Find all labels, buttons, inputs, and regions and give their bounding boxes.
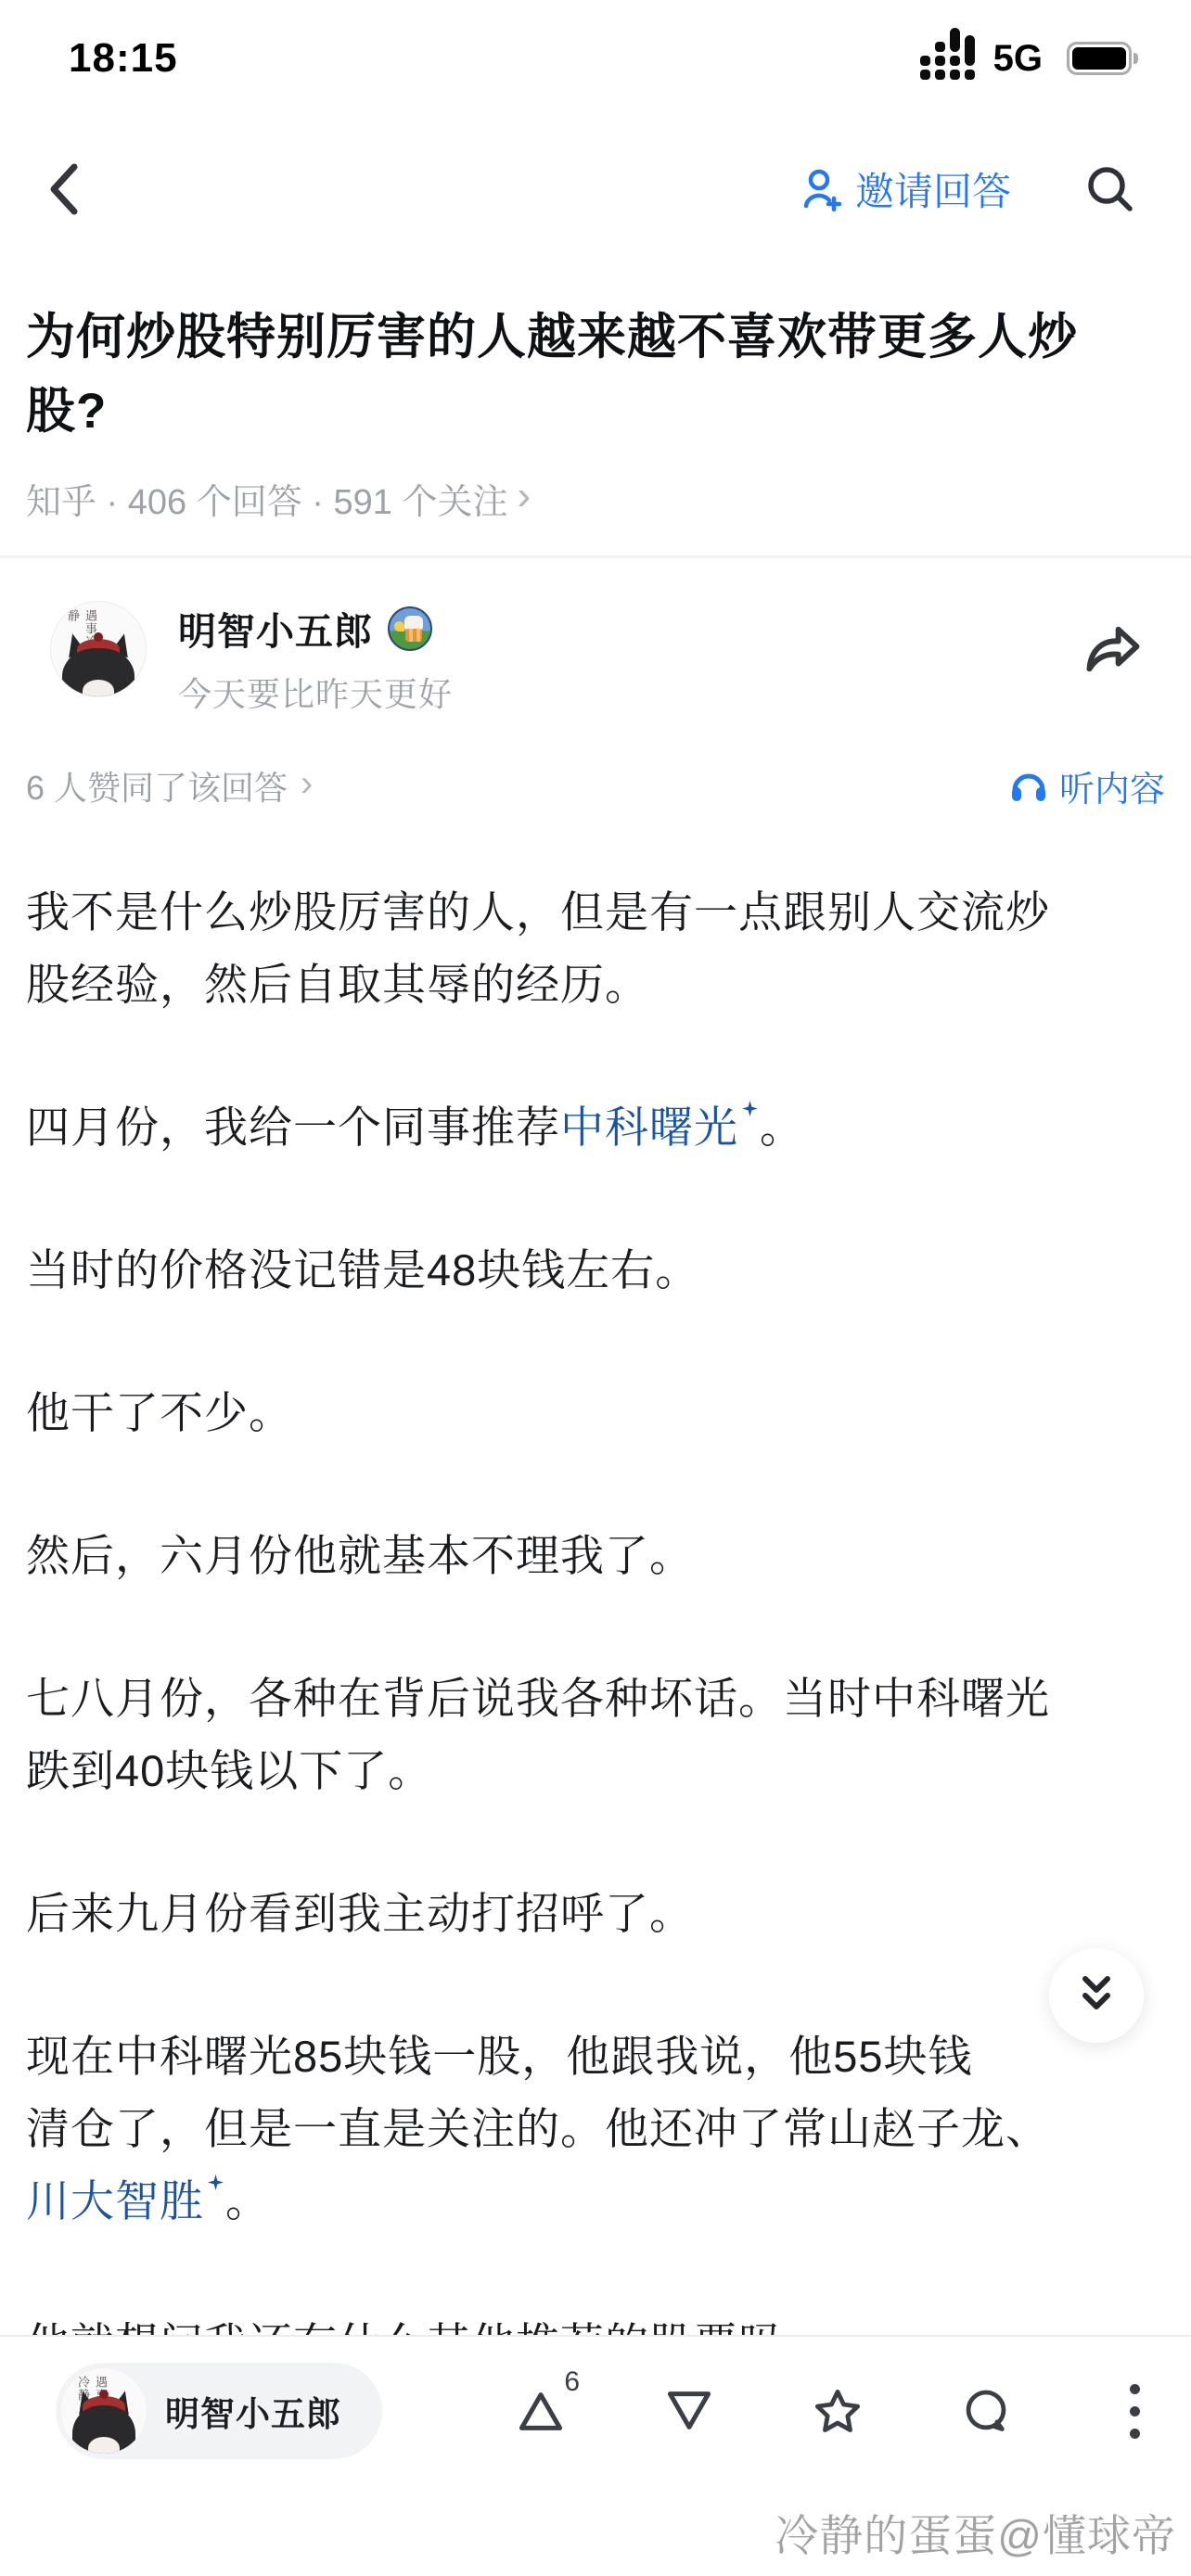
search-icon	[1083, 162, 1137, 216]
status-time: 18:15	[69, 35, 178, 82]
author-medal-icon	[388, 606, 432, 651]
collapse-answer-button[interactable]	[1049, 1948, 1144, 2043]
paragraph-text: 后来九月份看到我主动打招呼了。	[26, 1889, 694, 1938]
paragraph-text: 当时的价格没记错是48块钱左右。	[26, 1245, 699, 1294]
stock-link-sparkle-icon	[742, 1101, 758, 1116]
stock-link[interactable]: 川大智胜	[26, 2176, 204, 2225]
kebab-menu-icon	[1130, 2384, 1140, 2439]
watermark-text: 冷静的蛋蛋@懂球帝	[775, 2502, 1176, 2564]
chevron-right-icon: ›	[517, 476, 531, 516]
paragraph-text: 然后，六月份他就基本不理我了。	[26, 1531, 694, 1580]
answer-paragraph: 我不是什么炒股厉害的人，但是有一点跟别人交流炒 股经验，然后自取其辱的经历。	[26, 876, 1165, 1021]
back-button[interactable]	[43, 159, 85, 219]
vote-summary-row: 6 人赞同了该回答 › 听内容	[26, 760, 1165, 811]
section-divider	[0, 555, 1191, 558]
chevron-right-icon: ›	[301, 765, 313, 802]
network-type-label: 5G	[993, 38, 1043, 80]
stock-link[interactable]: 中科曙光	[560, 1103, 738, 1152]
bottom-author-pill[interactable]: 遇事冷静脸小三分 明智小五郎	[56, 2363, 382, 2459]
answer-author-row: 遇事冷静脸小三分 明智小五郎 今天要比昨天更好	[50, 601, 1145, 716]
status-indicators: 5G	[920, 37, 1132, 80]
answer-paragraph: 当时的价格没记错是48块钱左右。	[26, 1234, 1165, 1307]
paragraph-text: 四月份，我给一个同事推荐	[26, 1103, 560, 1152]
upvote-button[interactable]: 6	[517, 2387, 565, 2435]
upvote-triangle-icon	[517, 2389, 565, 2433]
answer-paragraph: 他干了不少。	[26, 1377, 1165, 1449]
paragraph-text: 我不是什么炒股厉害的人，但是有一点跟别人交流炒 股经验，然后自取其辱的经历。	[26, 887, 1050, 1009]
signal-strength-icon	[920, 37, 975, 80]
share-button[interactable]	[1082, 621, 1145, 677]
search-button[interactable]	[1083, 162, 1137, 216]
answer-paragraph: 七八月份，各种在背后说我各种坏话。当时中科曙光 跌到40块钱以下了。	[26, 1663, 1165, 1807]
downvote-button[interactable]	[665, 2387, 713, 2435]
listen-content-button[interactable]: 听内容	[1009, 760, 1165, 811]
answer-paragraph: 后来九月份看到我主动打招呼了。	[26, 1878, 1165, 1950]
bottom-author-name: 明智小五郎	[165, 2386, 341, 2436]
invite-answer-label: 邀请回答	[855, 161, 1011, 217]
double-chevron-down-icon	[1072, 1971, 1121, 2020]
back-chevron-icon	[43, 159, 85, 219]
author-avatar[interactable]: 遇事冷静脸小三分	[50, 601, 147, 697]
upvote-count: 6	[564, 2366, 580, 2398]
status-bar: 18:15 5G	[0, 0, 1191, 93]
downvote-triangle-icon	[665, 2389, 713, 2433]
bottom-author-avatar: 遇事冷静脸小三分	[61, 2368, 147, 2454]
answer-paragraph: 然后，六月份他就基本不理我了。	[26, 1520, 1165, 1592]
paragraph-text: 七八月份，各种在背后说我各种坏话。当时中科曙光 跌到40块钱以下了。	[26, 1674, 1050, 1795]
nav-bar: 邀请回答	[0, 137, 1191, 241]
question-meta[interactable]: 知乎 · 406 个回答 · 591 个关注 ›	[26, 473, 1165, 524]
paragraph-text: 。	[225, 2176, 270, 2225]
author-name[interactable]: 明智小五郎	[178, 601, 373, 656]
paragraph-text: 他干了不少。	[26, 1388, 293, 1437]
comment-button[interactable]	[962, 2387, 1010, 2435]
question-meta-text: 知乎 · 406 个回答 · 591 个关注	[26, 473, 507, 524]
star-icon	[813, 2387, 862, 2435]
question-title: 为何炒股特别厉害的人越来越不喜欢带更多人炒 股?	[26, 300, 1165, 449]
headphones-icon	[1009, 768, 1048, 805]
answer-paragraph: 四月份，我给一个同事推荐中科曙光。	[26, 1091, 1165, 1164]
invite-answer-button[interactable]: 邀请回答	[801, 161, 1011, 217]
listen-content-label: 听内容	[1059, 760, 1165, 811]
comment-bubble-icon	[962, 2387, 1010, 2435]
upvote-summary[interactable]: 6 人赞同了该回答 ›	[26, 762, 313, 810]
more-options-button[interactable]	[1110, 2387, 1159, 2435]
favorite-button[interactable]	[813, 2387, 862, 2435]
bottom-action-bar: 遇事冷静脸小三分 明智小五郎 6	[0, 2337, 1191, 2485]
author-bio: 今天要比昨天更好	[178, 669, 1082, 716]
answer-body: 我不是什么炒股厉害的人，但是有一点跟别人交流炒 股经验，然后自取其辱的经历。四月…	[26, 876, 1165, 2380]
battery-icon	[1067, 42, 1132, 75]
stock-link-sparkle-icon	[208, 2174, 224, 2190]
paragraph-text: 现在中科曙光85块钱一股，他跟我说，他55块钱 清仓了，但是一直是关注的。他还冲…	[26, 2032, 1050, 2153]
answer-paragraph: 现在中科曙光85块钱一股，他跟我说，他55块钱 清仓了，但是一直是关注的。他还冲…	[26, 2021, 1165, 2238]
person-plus-icon	[801, 167, 844, 211]
share-arrow-icon	[1082, 621, 1145, 677]
paragraph-text: 。	[760, 1103, 804, 1152]
